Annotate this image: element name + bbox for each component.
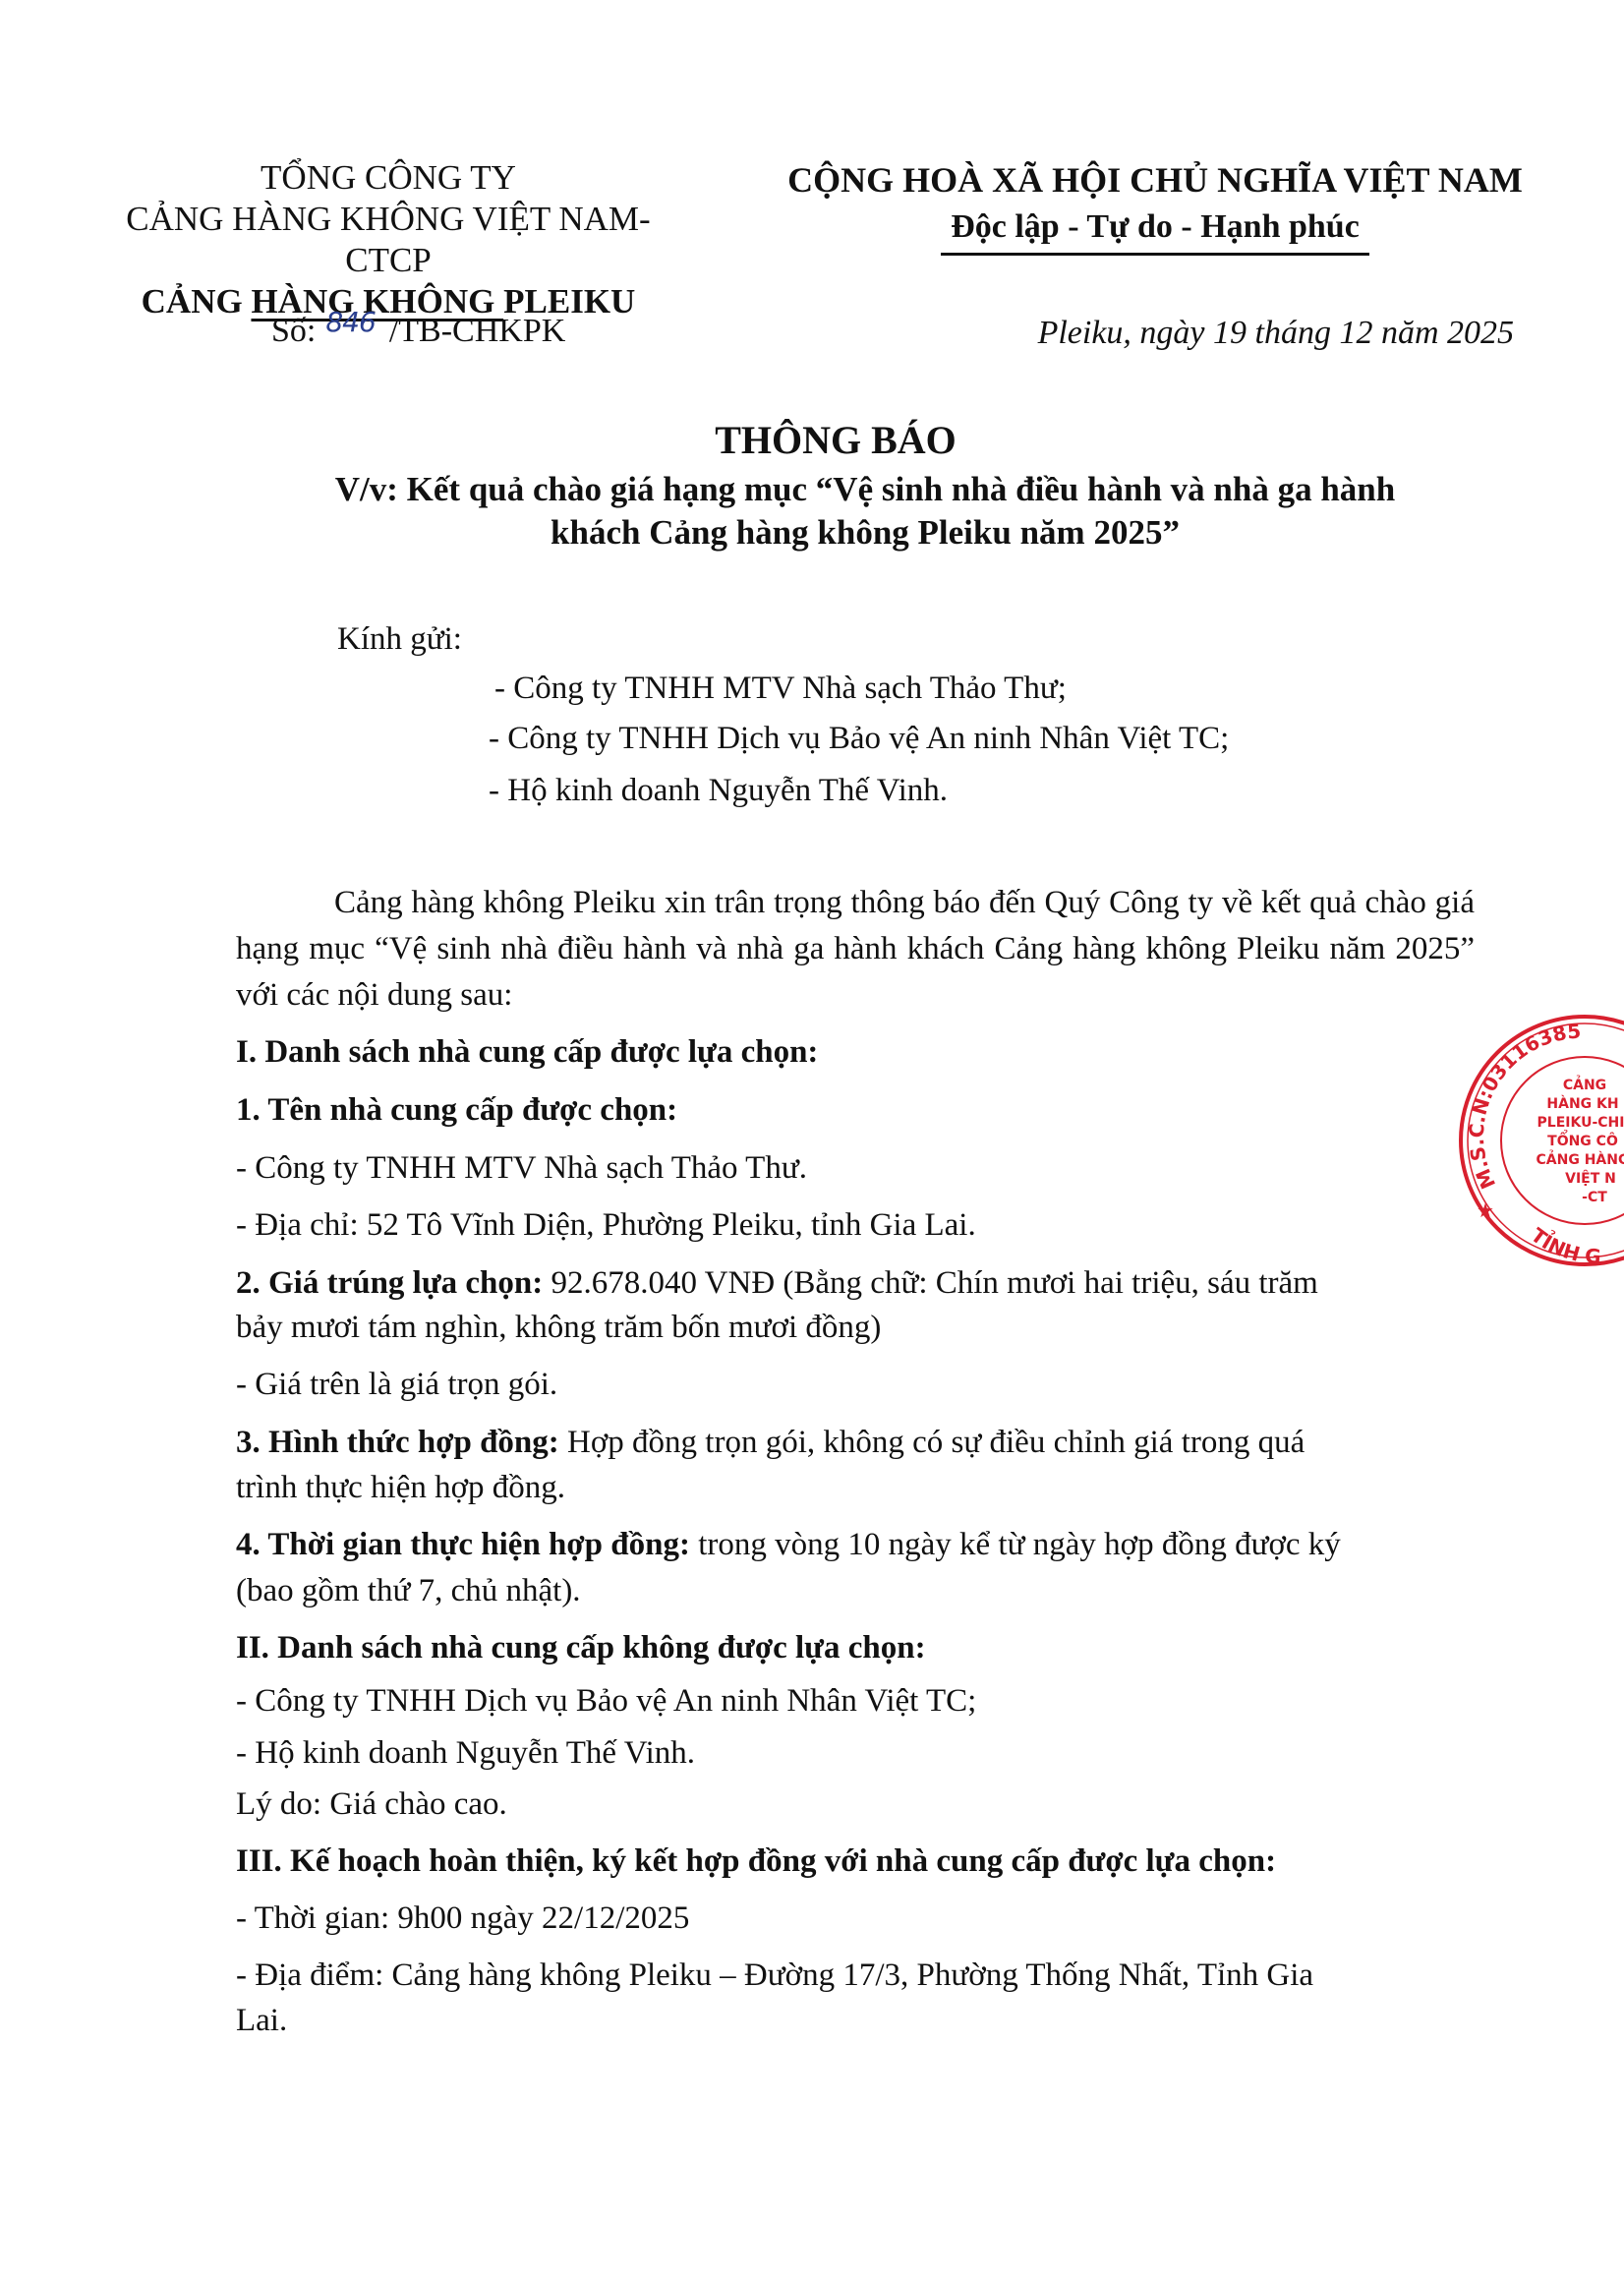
signing-place: - Địa điểm: Cảng hàng không Pleiku – Đườ… (236, 1953, 1475, 1998)
official-seal-stamp: M.S.C.N:03116385 TỈNH G ★ CẢNG HÀNG KH P… (1457, 1013, 1624, 1268)
contract-duration-cont: (bao gồm thứ 7, chủ nhật). (236, 1568, 1475, 1613)
handwritten-number: 846 (325, 306, 375, 338)
winning-price-value: 92.678.040 VNĐ (Bằng chữ: Chín mươi hai … (543, 1265, 1318, 1301)
subject-line: V/v: Kết quả chào giá hạng mục “Vệ sinh … (256, 468, 1475, 511)
org-parent-line2: CẢNG HÀNG KHÔNG VIỆT NAM- CTCP (98, 199, 678, 281)
unselected-supplier: - Công ty TNHH Dịch vụ Bảo vệ An ninh Nh… (236, 1678, 1475, 1724)
contract-duration-value: trong vòng 10 ngày kể từ ngày hợp đồng đ… (690, 1527, 1341, 1562)
recipient-item: - Công ty TNHH Dịch vụ Bảo vệ An ninh Nh… (489, 721, 1229, 757)
svg-text:CẢNG: CẢNG (1563, 1075, 1606, 1093)
seal-star-icon: ★ (1477, 1198, 1494, 1222)
svg-text:PLEIKU-CHI: PLEIKU-CHI (1537, 1115, 1624, 1131)
document-title: THÔNG BÁO (197, 417, 1475, 463)
national-header: CỘNG HOÀ XÃ HỘI CHỦ NGHĨA VIỆT NAM Độc l… (757, 157, 1553, 256)
seal-bottom-text: TỈNH G (1527, 1223, 1601, 1268)
document-date: Pleiku, ngày 19 tháng 12 năm 2025 (963, 315, 1514, 352)
section-2-heading: II. Danh sách nhà cung cấp không được lự… (236, 1625, 1475, 1670)
national-motto: Độc lập - Tự do - Hạnh phúc (941, 207, 1369, 256)
svg-text:HÀNG KH: HÀNG KH (1546, 1095, 1618, 1112)
section-3-heading: III. Kế hoạch hoàn thiện, ký kết hợp đồn… (236, 1839, 1475, 1884)
issuing-organization: TỔNG CÔNG TY CẢNG HÀNG KHÔNG VIỆT NAM- C… (98, 157, 678, 322)
svg-text:-CT: -CT (1582, 1190, 1607, 1205)
price-note: - Giá trên là giá trọn gói. (236, 1362, 1475, 1407)
contract-duration: 4. Thời gian thực hiện hợp đồng: trong v… (236, 1522, 1475, 1567)
section-1-heading: I. Danh sách nhà cung cấp được lựa chọn: (236, 1029, 1475, 1075)
signing-place-cont: Lai. (236, 1998, 1475, 2043)
signing-time: - Thời gian: 9h00 ngày 22/12/2025 (236, 1896, 1475, 1941)
intro-paragraph: Cảng hàng không Pleiku xin trân trọng th… (236, 880, 1475, 1019)
contract-type-label: 3. Hình thức hợp đồng: (236, 1425, 559, 1460)
winning-price-words: bảy mươi tám nghìn, không trăm bốn mươi … (236, 1305, 1475, 1350)
svg-text:CẢNG HÀNG: CẢNG HÀNG (1537, 1149, 1624, 1168)
contract-type-value: Hợp đồng trọn gói, không có sự điều chỉn… (559, 1425, 1305, 1460)
svg-text:VIỆT N: VIỆT N (1565, 1169, 1616, 1187)
national-title: CỘNG HOÀ XÃ HỘI CHỦ NGHĨA VIỆT NAM (757, 157, 1553, 203)
unselected-supplier: - Hộ kinh doanh Nguyễn Thế Vinh. (236, 1730, 1475, 1776)
org-parent-line1: TỔNG CÔNG TY (98, 157, 678, 199)
winning-price-label: 2. Giá trúng lựa chọn: (236, 1265, 543, 1301)
rejection-reason: Lý do: Giá chào cao. (236, 1782, 1475, 1827)
subject-line: khách Cảng hàng không Pleiku năm 2025” (256, 511, 1475, 555)
org-name-part: CẢNG (142, 282, 252, 321)
selected-supplier-name: - Công ty TNHH MTV Nhà sạch Thảo Thư. (236, 1145, 1475, 1191)
item-1-heading: 1. Tên nhà cung cấp được chọn: (236, 1087, 1475, 1133)
document-number-label: Số: (271, 313, 316, 349)
contract-type-cont: trình thực hiện hợp đồng. (236, 1465, 1475, 1510)
contract-type: 3. Hình thức hợp đồng: Hợp đồng trọn gói… (236, 1420, 1475, 1465)
recipient-item: - Hộ kinh doanh Nguyễn Thế Vinh. (489, 773, 948, 809)
selected-supplier-address: - Địa chỉ: 52 Tô Vĩnh Diện, Phường Pleik… (236, 1202, 1475, 1248)
winning-price: 2. Giá trúng lựa chọn: 92.678.040 VNĐ (B… (236, 1260, 1475, 1306)
recipients-label: Kính gửi: (337, 621, 462, 658)
document-subject: V/v: Kết quả chào giá hạng mục “Vệ sinh … (256, 468, 1475, 555)
document-number-suffix: /TB-CHKPK (389, 313, 565, 349)
contract-duration-label: 4. Thời gian thực hiện hợp đồng: (236, 1527, 690, 1562)
document-number: Số:846/TB-CHKPK (271, 313, 565, 350)
svg-text:TỔNG CÔ: TỔNG CÔ (1547, 1130, 1618, 1149)
recipient-item: - Công ty TNHH MTV Nhà sạch Thảo Thư; (494, 671, 1067, 707)
seal-inner-text: CẢNG HÀNG KH PLEIKU-CHI TỔNG CÔ CẢNG HÀN… (1537, 1075, 1624, 1205)
